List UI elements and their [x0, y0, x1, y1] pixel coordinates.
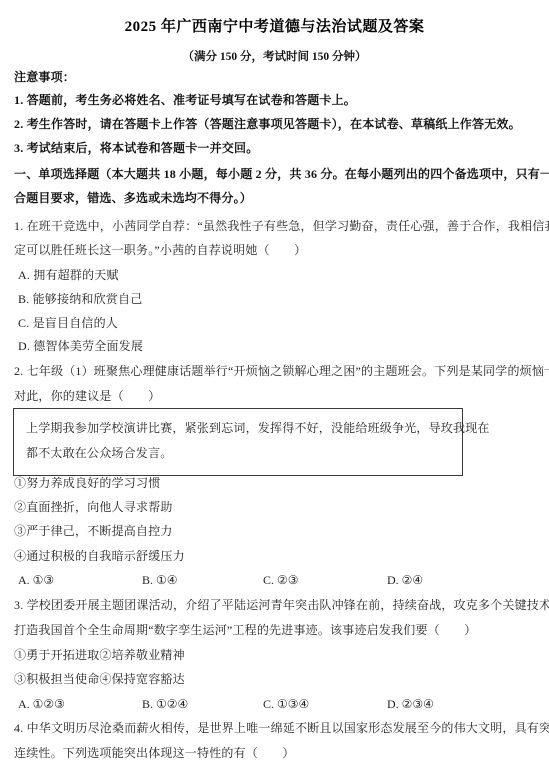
question-3-option-c: C. ①③④ — [263, 694, 309, 714]
question-4-line-2: 连续性。下列选项能突出体现这一特性的有（ ） — [14, 743, 295, 763]
question-2-option-a: A. ①③ — [18, 570, 54, 590]
question-2-line-2: 对此，你的建议是（ ） — [14, 386, 160, 406]
worry-card-box: 上学期我参加学校演讲比赛，紧张到忘词，发挥得不好，没能给班级争光，导玫我现在 都… — [13, 408, 463, 476]
section-heading-line-2: 合题目要求，错选、多选或未选均不得分。） — [14, 188, 252, 208]
section-heading-line-1: 一、单项选择题（本大题共 18 小题，每小题 2 分，共 36 分。在每小题列出… — [14, 164, 549, 184]
notice-item-2: 2. 考生作答时，请在答题卡上作答（答题注意事项见答题卡），在本试卷、草稿纸上作… — [14, 114, 521, 134]
question-2-item-2: ②直面挫折，向他人寻求帮助 — [14, 497, 173, 517]
question-2-option-c: C. ②③ — [263, 570, 299, 590]
question-1-option-d: D. 德智体美劳全面发展 — [18, 336, 143, 356]
question-2-item-1: ①努力养成良好的学习习惯 — [14, 473, 160, 493]
question-2-item-3: ③严于律己，不断提高自控力 — [14, 521, 173, 541]
worry-card-line-1: 上学期我参加学校演讲比赛，紧张到忘词，发挥得不好，没能给班级争光，导玫我现在 — [26, 416, 462, 441]
question-1-option-b: B. 能够接纳和欣赏自己 — [18, 289, 142, 309]
notice-heading: 注意事项： — [14, 67, 75, 87]
question-2-item-4: ④通过积极的自我暗示舒缓压力 — [14, 546, 185, 566]
question-2-line-1: 2. 七年级（1）班聚焦心理健康话题举行“开烦恼之锁解心理之困”的主题班会。下列… — [14, 361, 549, 381]
page-title: 2025 年广西南宁中考道德与法治试题及答案 — [0, 15, 549, 36]
question-1-option-a: A. 拥有超群的天赋 — [18, 265, 119, 285]
notice-item-1: 1. 答题前，考生务必将姓名、准考证号填写在试卷和答题卡上。 — [14, 90, 356, 110]
question-3-items-3-4: ③积极担当使命④保持宽容豁达 — [14, 669, 185, 689]
question-3-options-row: A. ①②③ B. ①②④ C. ①③④ D. ②③④ — [18, 694, 538, 714]
page-subtitle: （满分 150 分，考试时间 150 分钟） — [0, 48, 549, 64]
question-3-items-1-2: ①勇于开拓进取②培养敬业精神 — [14, 645, 185, 665]
question-2-option-b: B. ①④ — [142, 570, 178, 590]
worry-card-line-2: 都不太敢在公众场合发言。 — [26, 441, 462, 466]
exam-paper-page: 2025 年广西南宁中考道德与法治试题及答案 （满分 150 分，考试时间 15… — [0, 0, 549, 782]
notice-item-3: 3. 考试结束后，将本试卷和答题卡一并交回。 — [14, 138, 258, 158]
question-3-option-d: D. ②③④ — [387, 694, 434, 714]
question-2-options-row: A. ①③ B. ①④ C. ②③ D. ②④ — [18, 570, 538, 590]
question-3-line-2: 打造我国首个全生命周期“数字孪生运河”工程的先进事迹。该事迹启发我们要（ ） — [14, 620, 476, 640]
question-3-line-1: 3. 学校团委开展主题团课活动，介绍了平陆运河青年突击队冲锋在前，持续奋战，攻克… — [14, 595, 549, 615]
question-1-option-c: C. 是盲目自信的人 — [18, 313, 118, 333]
question-3-option-a: A. ①②③ — [18, 694, 65, 714]
question-2-option-d: D. ②④ — [387, 570, 423, 590]
question-3-option-b: B. ①②④ — [142, 694, 188, 714]
question-4-line-1: 4. 中华文明历尽沧桑而薪火相传，是世界上唯一绵延不断且以国家形态发展至今的伟大… — [14, 718, 549, 738]
question-1-line-1: 1. 在班干竞选中，小茜同学自荐：“虽然我性子有些急，但学习勤奋，责任心强，善于… — [14, 216, 549, 236]
question-1-line-2: 定可以胜任班长这一职务。”小茜的自荐说明她（ ） — [14, 240, 306, 260]
